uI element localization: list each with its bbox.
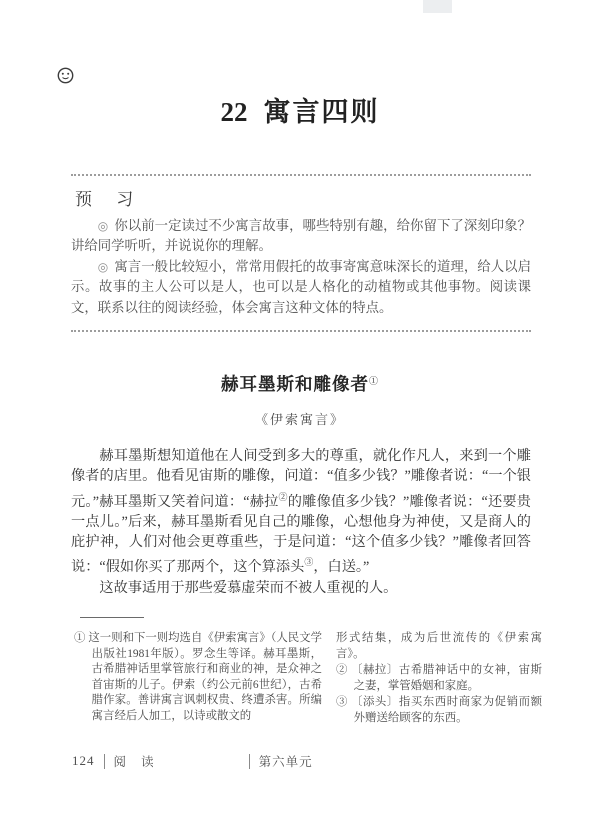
footnote-divider <box>80 617 144 618</box>
preview-item-text: 寓言一般比较短小，常常用假托的故事寄寓意味深长的道理，给人以启示。故事的主人公可… <box>71 259 531 315</box>
page-footer: 124 阅 读 第六单元 <box>72 752 532 770</box>
preview-item-text: 你以前一定读过不少寓言故事，哪些特别有趣，给你留下了深刻印象？讲给同学听听，并说… <box>71 218 531 253</box>
footnote-item: ③〔添头〕指买东西时商家为促销而额外赠送给顾客的东西。 <box>336 695 542 726</box>
footnote-text: 〔添头〕指买东西时商家为促销而额外赠送给顾客的东西。 <box>351 696 542 724</box>
page-number: 124 <box>72 753 95 769</box>
lesson-title-text: 寓言四则 <box>264 97 380 127</box>
footnote-column-right: 形式结集，成为后世流传的《伊索寓言》。 ②〔赫拉〕古希腊神话中的女神，宙斯之妻，… <box>336 631 542 728</box>
story-source: 《伊索寓言》 <box>0 409 600 428</box>
footnote-column-left: ①这一则和下一则均选自《伊索寓言》（人民文学出版社1981年版）。罗念生等译。赫… <box>74 631 322 728</box>
lesson-title: 22寓言四则 <box>0 90 600 129</box>
footnote-ref-1: ① <box>369 376 379 386</box>
story-body: 赫耳墨斯想知道他在人间受到多大的尊重，就化作凡人，来到一个雕像者的店里。他看见宙… <box>71 446 531 598</box>
preview-item: ◎寓言一般比较短小，常常用假托的故事寄寓意味深长的道理，给人以启示。故事的主人公… <box>71 257 531 318</box>
footnote-text: 这一则和下一则均选自《伊索寓言》（人民文学出版社1981年版）。罗念生等译。赫耳… <box>88 632 322 722</box>
footer-divider <box>104 754 105 769</box>
story-title: 赫耳墨斯和雕像者① <box>0 371 600 396</box>
footnote-marker: ② <box>336 664 348 676</box>
textbook-page: 22寓言四则 预 习 ◎你以前一定读过不少寓言故事，哪些特别有趣，给你留下了深刻… <box>0 0 600 816</box>
footnote-marker: ③ <box>336 696 348 708</box>
scan-corner-artifact <box>423 0 452 13</box>
footnote-item: 形式结集，成为后世流传的《伊索寓言》。 <box>336 631 542 662</box>
footnote-item: ②〔赫拉〕古希腊神话中的女神，宙斯之妻，掌管婚姻和家庭。 <box>336 663 542 694</box>
lesson-number: 22 <box>221 97 248 127</box>
preview-item: ◎你以前一定读过不少寓言故事，哪些特别有趣，给你留下了深刻印象？讲给同学听听，并… <box>71 216 531 257</box>
story-title-text: 赫耳墨斯和雕像者 <box>221 374 369 394</box>
smiley-stamp-icon <box>56 66 75 85</box>
footnotes: ①这一则和下一则均选自《伊索寓言》（人民文学出版社1981年版）。罗念生等译。赫… <box>74 631 542 728</box>
footnote-item: ①这一则和下一则均选自《伊索寓言》（人民文学出版社1981年版）。罗念生等译。赫… <box>74 631 322 725</box>
footnote-text: 〔赫拉〕古希腊神话中的女神，宙斯之妻，掌管婚姻和家庭。 <box>351 664 542 692</box>
smiley-icon <box>56 66 75 85</box>
circle-bullet-icon: ◎ <box>98 260 109 274</box>
preview-section: 预 习 ◎你以前一定读过不少寓言故事，哪些特别有趣，给你留下了深刻印象？讲给同学… <box>71 174 531 332</box>
story-paragraph-1: 赫耳墨斯想知道他在人间受到多大的尊重，就化作凡人，来到一个雕像者的店里。他看见宙… <box>71 446 531 578</box>
story-paragraph-2: 这故事适用于那些爱慕虚荣而不被人重视的人。 <box>71 578 531 598</box>
paragraph-text: ，白送。” <box>313 559 369 575</box>
footnote-marker: ① <box>74 632 85 644</box>
footer-divider <box>249 754 250 769</box>
circle-bullet-icon: ◎ <box>98 219 109 233</box>
footnote-ref-2: ② <box>279 492 288 502</box>
footer-section-label: 阅 读 <box>114 752 160 770</box>
footer-unit-label: 第六单元 <box>259 752 313 770</box>
footnote-ref-3: ③ <box>304 557 313 567</box>
preview-label: 预 习 <box>75 185 531 210</box>
